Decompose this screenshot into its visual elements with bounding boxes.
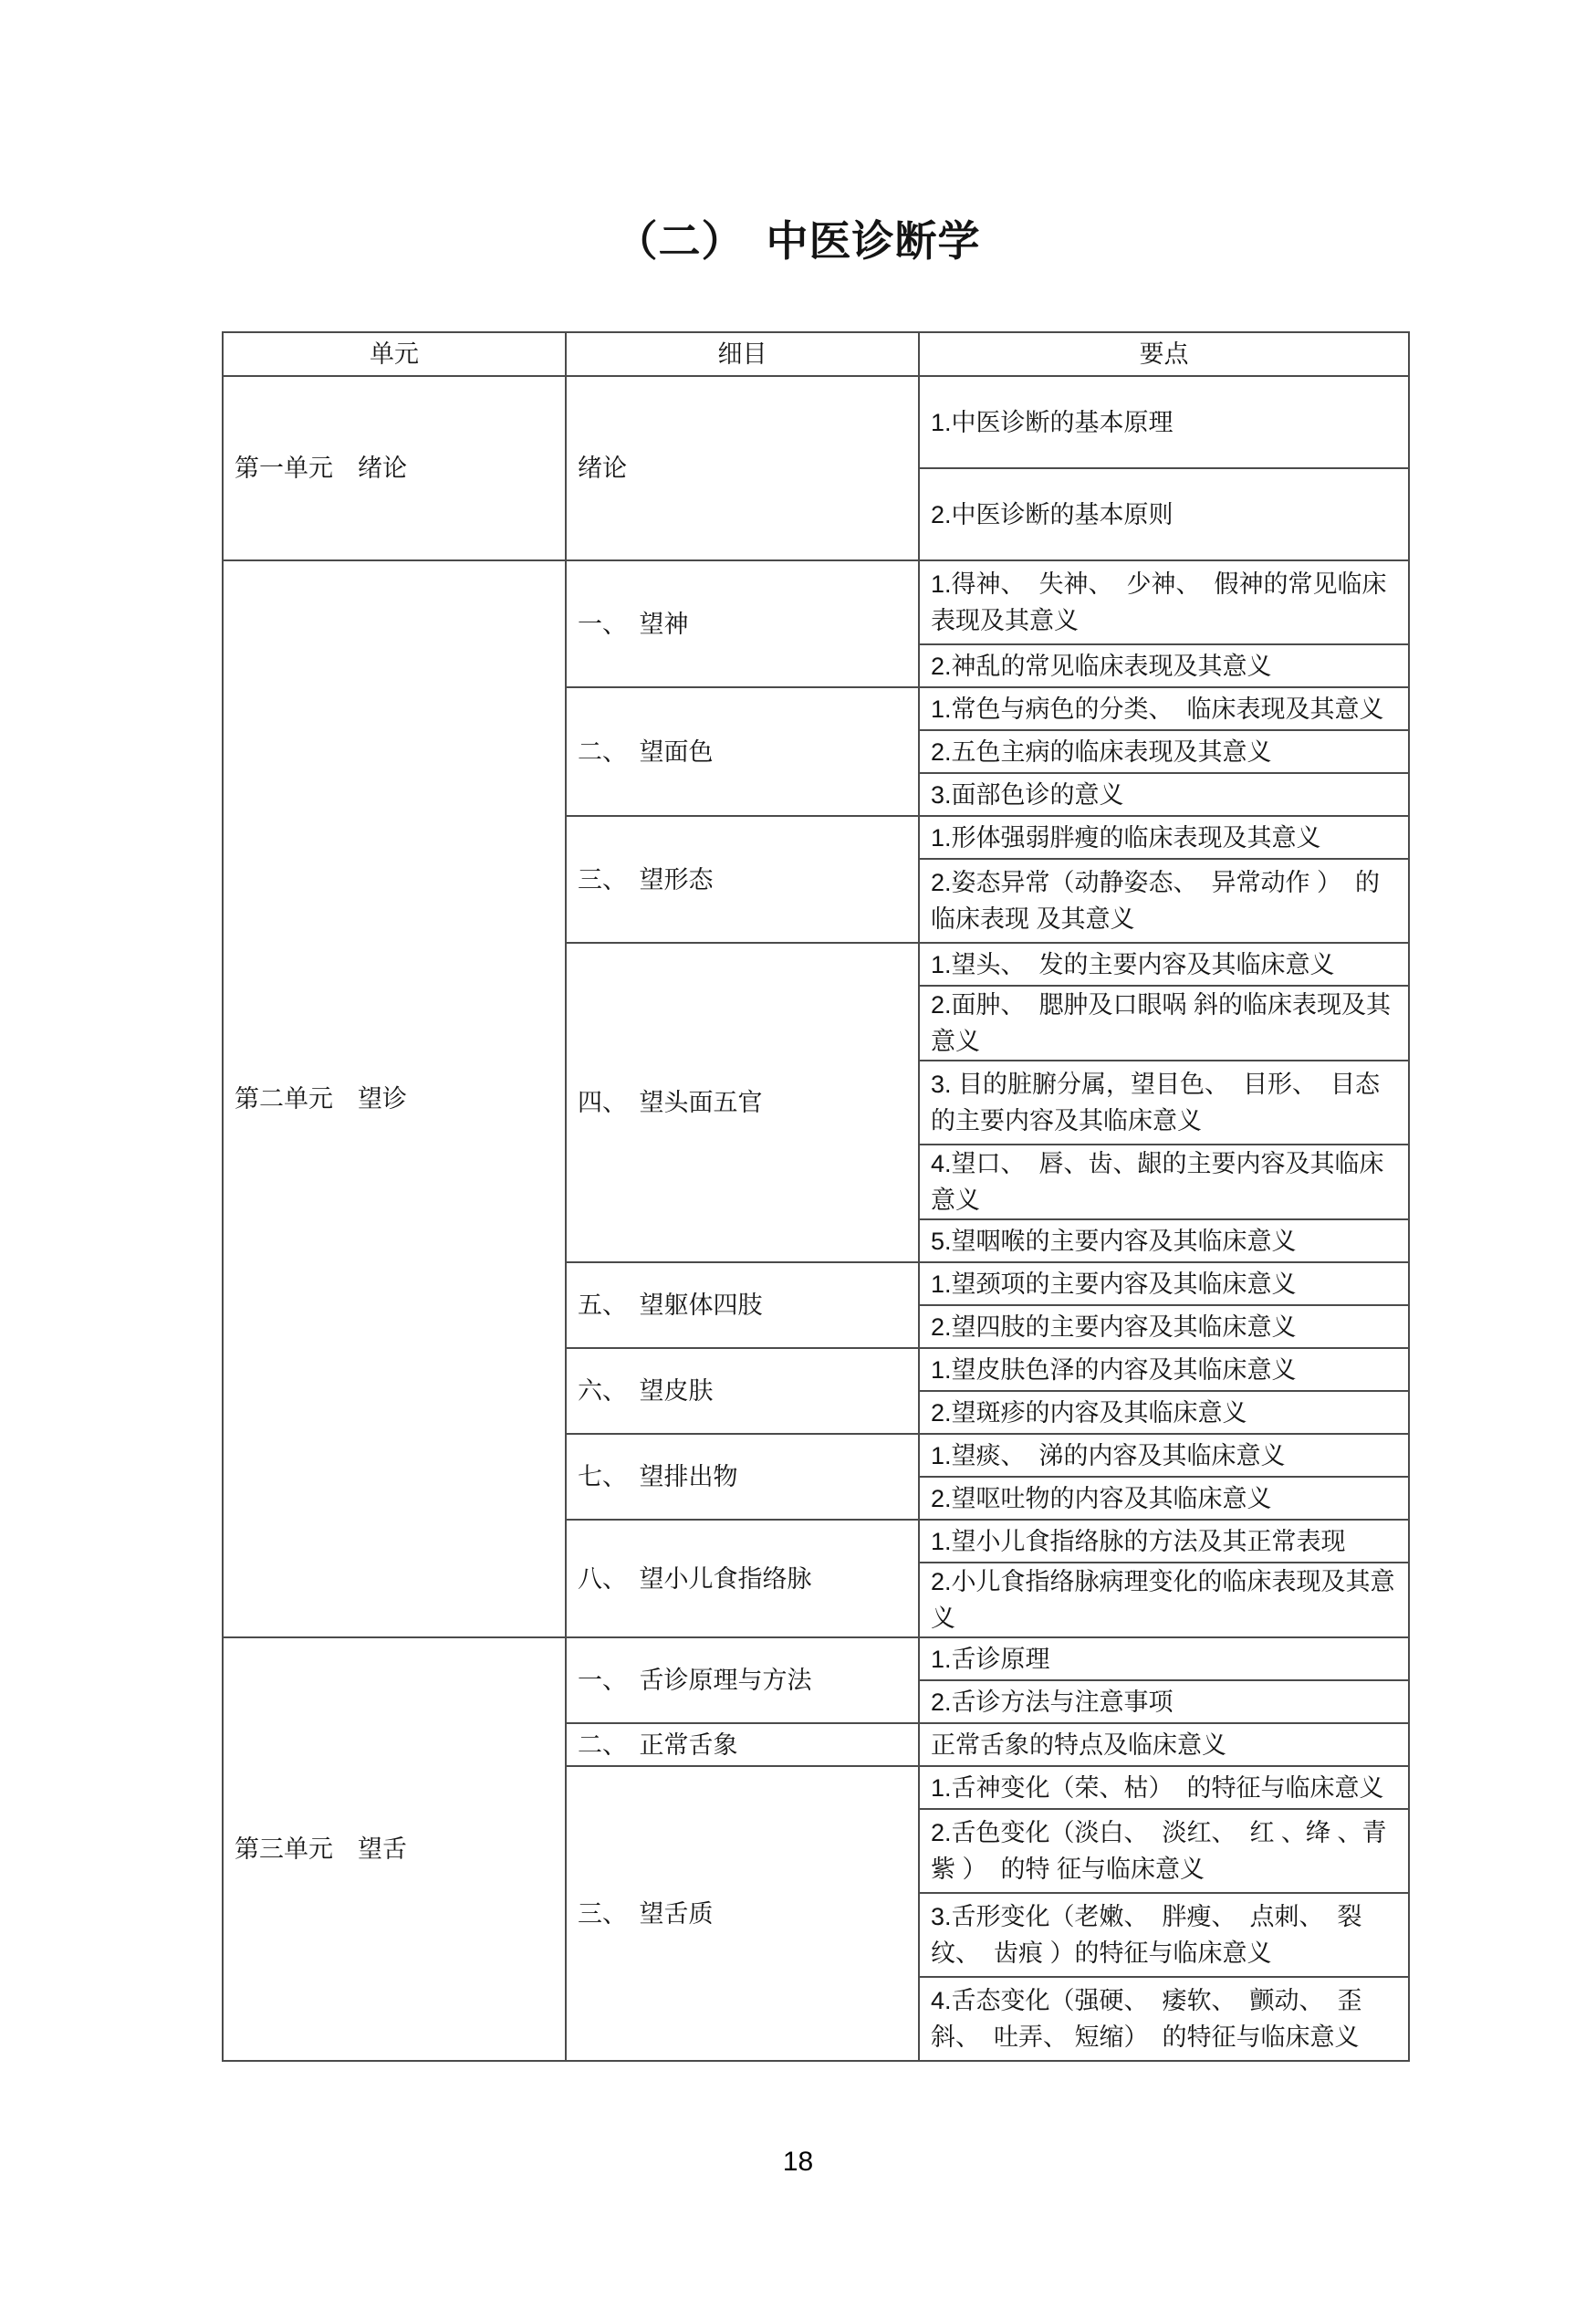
item-cell: 二、 正常舌象 [566,1723,919,1766]
unit-label: 第三单元 望舌 [235,1831,554,1867]
point-cell: 1.望颈项的主要内容及其临床意义 [919,1262,1409,1305]
header-item: 细目 [566,332,919,376]
point-cell: 2.望四肢的主要内容及其临床意义 [919,1305,1409,1348]
point-cell: 1.舌诊原理 [919,1637,1409,1680]
point-cell: 正常舌象的特点及临床意义 [919,1723,1409,1766]
item-cell: 四、 望头面五官 [566,943,919,1262]
table-header-row: 单元 细目 要点 [223,332,1409,376]
point-cell: 3.面部色诊的意义 [919,773,1409,816]
point-cell: 2.望斑疹的内容及其临床意义 [919,1391,1409,1434]
item-cell: 一、 舌诊原理与方法 [566,1637,919,1723]
point-cell: 1.形体强弱胖瘦的临床表现及其意义 [919,816,1409,859]
point-cell: 4.舌态变化（强硬、 痿软、 颤动、 歪斜、 吐弄、 短缩） 的特征与临床意义 [919,1977,1409,2061]
page-title: （二） 中医诊断学 [0,208,1596,268]
item-cell: 七、 望排出物 [566,1434,919,1520]
point-cell: 2.舌诊方法与注意事项 [919,1680,1409,1723]
item-cell: 八、 望小儿食指络脉 [566,1520,919,1637]
syllabus-table: 单元 细目 要点 第一单元 绪论 绪论 1.中医诊断的基本原理 2.中医诊断的基… [222,331,1410,2062]
point-cell: 2.中医诊断的基本原则 [919,468,1409,560]
point-cell: 1.望皮肤色泽的内容及其临床意义 [919,1348,1409,1391]
header-unit: 单元 [223,332,566,376]
point-cell: 1.中医诊断的基本原理 [919,376,1409,468]
point-cell: 1.常色与病色的分类、 临床表现及其意义 [919,687,1409,730]
point-cell: 1.望小儿食指络脉的方法及其正常表现 [919,1520,1409,1563]
table-row: 第一单元 绪论 绪论 1.中医诊断的基本原理 [223,376,1409,468]
item-cell: 三、 望舌质 [566,1766,919,2061]
point-cell: 2.面肿、 腮肿及口眼㖞 斜的临床表现及其意义 [919,986,1409,1061]
point-cell: 5.望咽喉的主要内容及其临床意义 [919,1219,1409,1262]
point-cell: 3. 目的脏腑分属，望目色、 目形、 目态的主要内容及其临床意义 [919,1061,1409,1145]
point-cell: 2.神乱的常见临床表现及其意义 [919,644,1409,687]
header-points: 要点 [919,332,1409,376]
table-row: 第二单元 望诊 一、 望神 1.得神、 失神、 少神、 假神的常见临床表现及其意… [223,560,1409,644]
point-cell: 1.得神、 失神、 少神、 假神的常见临床表现及其意义 [919,560,1409,644]
item-cell: 六、 望皮肤 [566,1348,919,1434]
unit-cell-3: 第三单元 望舌 [223,1637,566,2061]
point-cell: 4.望口、 唇、齿、龈的主要内容及其临床意义 [919,1145,1409,1219]
point-cell: 1.望痰、 涕的内容及其临床意义 [919,1434,1409,1477]
point-cell: 2.小儿食指络脉病理变化的临床表现及其意义 [919,1563,1409,1637]
item-cell: 五、 望躯体四肢 [566,1262,919,1348]
document-page: （二） 中医诊断学 单元 细目 要点 第一单元 绪论 绪论 1.中医诊断的基本原… [0,0,1596,2300]
point-cell: 1.望头、 发的主要内容及其临床意义 [919,943,1409,986]
item-cell: 绪论 [566,376,919,560]
point-cell: 2.望呕吐物的内容及其临床意义 [919,1477,1409,1520]
page-number: 18 [0,2147,1596,2178]
point-cell: 1.舌神变化（荣、枯） 的特征与临床意义 [919,1766,1409,1809]
item-cell: 二、 望面色 [566,687,919,816]
unit-cell-1: 第一单元 绪论 [223,376,566,560]
item-cell: 一、 望神 [566,560,919,687]
point-cell: 3.舌形变化（老嫩、 胖瘦、 点刺、 裂纹、 齿痕 ）的特征与临床意义 [919,1893,1409,1977]
point-cell: 2.舌色变化（淡白、 淡红、 红 、绛 、青紫 ） 的特 征与临床意义 [919,1809,1409,1893]
table-row: 第三单元 望舌 一、 舌诊原理与方法 1.舌诊原理 [223,1637,1409,1680]
point-cell: 2.姿态异常（动静姿态、 异常动作 ） 的临床表现 及其意义 [919,859,1409,943]
unit-label: 第二单元 望诊 [235,1081,554,1117]
point-cell: 2.五色主病的临床表现及其意义 [919,730,1409,773]
unit-label: 第一单元 绪论 [235,450,554,486]
unit-cell-2: 第二单元 望诊 [223,560,566,1637]
item-cell: 三、 望形态 [566,816,919,943]
